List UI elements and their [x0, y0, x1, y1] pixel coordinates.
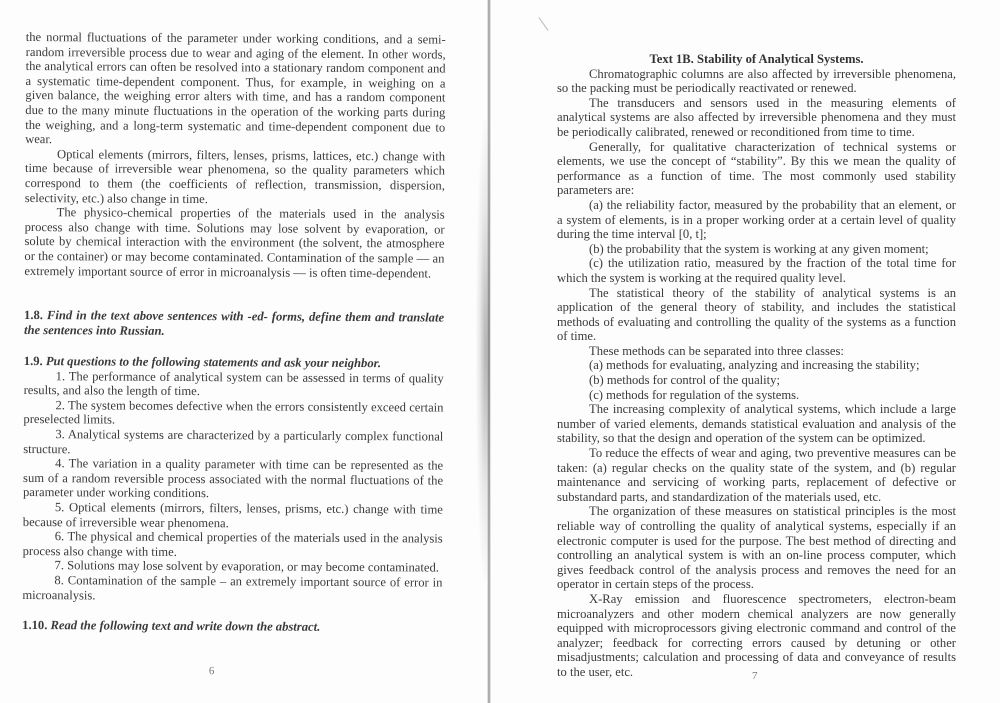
paragraph-preventive-measures: To reduce the effects of wear and aging,…: [557, 446, 956, 504]
paragraph-stability-concept: Generally, for qualitative characterizat…: [557, 140, 956, 198]
paragraph-statistical-theory: The statistical theory of the stability …: [557, 286, 956, 344]
stability-parameter-a: (a) the reliability factor, measured by …: [557, 198, 956, 242]
exercise-heading: 1.8. Find in the text above sentences wi…: [24, 308, 444, 340]
stability-parameter-b: (b) the probability that the system is w…: [557, 242, 956, 257]
left-page-body: the normal fluctuations of the parameter…: [24, 30, 446, 281]
paragraph-complexity: The increasing complexity of analytical …: [557, 402, 956, 446]
methods-intro: These methods can be separated into thre…: [557, 344, 956, 359]
statement-8: 8. Contamination of the sample – an extr…: [22, 573, 442, 605]
paragraph-physico-chemical: The physico-chemical properties of the m…: [24, 205, 444, 281]
exercise-1-9: 1.9. Put questions to the following stat…: [22, 354, 444, 605]
statement-6: 6. The physical and chemical properties …: [23, 529, 443, 561]
exercise-number: 1.8.: [24, 308, 43, 322]
paper-mark: [539, 17, 549, 31]
paragraph-xray: X-Ray emission and fluorescence spectrom…: [557, 592, 956, 680]
exercise-1-8: 1.8. Find in the text above sentences wi…: [24, 308, 444, 340]
right-page: Text 1B. Stability of Analytical Systems…: [557, 0, 956, 703]
method-class-b: (b) methods for control of the quality;: [557, 373, 956, 388]
right-page-body: Text 1B. Stability of Analytical Systems…: [557, 52, 956, 680]
page-number-left: 6: [209, 665, 215, 677]
paragraph-optical-elements: Optical elements (mirrors, filters, lens…: [25, 147, 445, 208]
statement-1: 1. The performance of analytical system …: [24, 369, 444, 401]
method-class-a: (a) methods for evaluating, analyzing an…: [557, 358, 956, 373]
page-number-right: 7: [752, 670, 758, 682]
stability-parameter-c: (c) the utilization ratio, measured by t…: [557, 256, 956, 285]
exercise-number: 1.10.: [22, 618, 47, 632]
exercise-1-10: 1.10. Read the following text and write …: [22, 618, 442, 635]
book-spread: the normal fluctuations of the parameter…: [0, 0, 1000, 703]
statement-4: 4. The variation in a quality parameter …: [23, 456, 443, 502]
paragraph-transducers: The transducers and sensors used in the …: [557, 96, 956, 140]
paragraph-fluctuations: the normal fluctuations of the parameter…: [25, 30, 446, 149]
exercise-heading: 1.10. Read the following text and write …: [22, 618, 442, 635]
method-class-c: (c) methods for regulation of the system…: [557, 388, 956, 403]
exercise-number: 1.9.: [24, 354, 43, 368]
exercise-task: Put questions to the following statement…: [46, 354, 381, 370]
paragraph-organization: The organization of these measures on st…: [557, 504, 956, 592]
left-page: the normal fluctuations of the parameter…: [22, 0, 446, 703]
paragraph-chromatographic: Chromatographic columns are also affecte…: [557, 67, 956, 96]
text-title: Text 1B. Stability of Analytical Systems…: [557, 52, 956, 67]
exercise-task: Find in the text above sentences with -e…: [24, 308, 444, 337]
exercise-task: Read the following text and write down t…: [50, 618, 320, 634]
statement-5: 5. Optical elements (mirrors, filters, l…: [23, 500, 443, 532]
book-spine: [487, 0, 491, 703]
statement-2: 2. The system becomes defective when the…: [23, 398, 443, 430]
statement-3: 3. Analytical systems are characterized …: [23, 427, 443, 459]
